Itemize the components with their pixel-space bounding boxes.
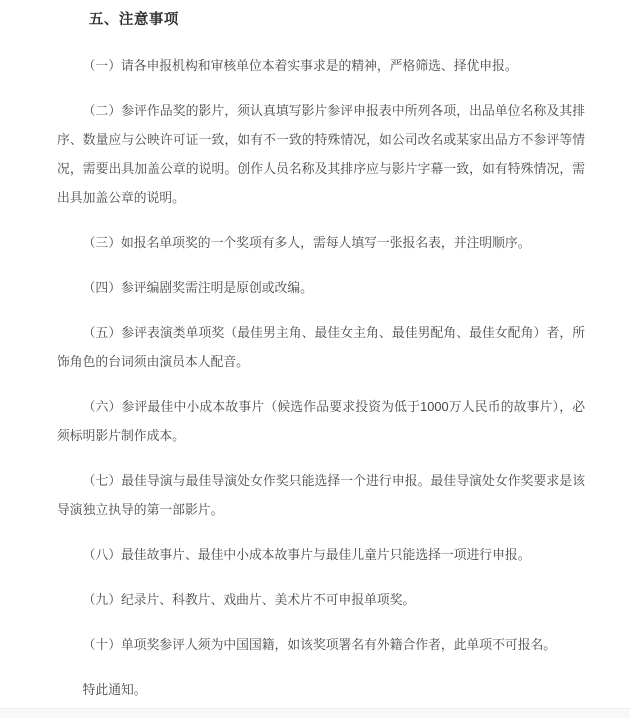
note-paragraph-3: （三）如报名单项奖的一个奖项有多人，需每人填写一张报名表，并注明顺序。 — [57, 228, 585, 257]
note-paragraph-5: （五）参评表演类单项奖（最佳男主角、最佳女主角、最佳男配角、最佳女配角）者，所饰… — [57, 318, 585, 376]
note-paragraph-7: （七）最佳导演与最佳导演处女作奖只能选择一个进行申报。最佳导演处女作奖要求是该导… — [57, 466, 585, 524]
note-paragraph-2: （二）参评作品奖的影片，须认真填写影片参评申报表中所列各项，出品单位名称及其排序… — [57, 96, 585, 212]
note-paragraph-8: （八）最佳故事片、最佳中小成本故事片与最佳儿童片只能选择一项进行申报。 — [57, 540, 585, 569]
note-paragraph-6: （六）参评最佳中小成本故事片（候选作品要求投资为低于1000万人民币的故事片），… — [57, 392, 585, 450]
note-paragraph-9: （九）纪录片、科教片、戏曲片、美术片不可申报单项奖。 — [57, 585, 585, 614]
closing-note: 特此通知。 — [57, 675, 585, 704]
section-title: 五、注意事项 — [57, 6, 585, 35]
note-paragraph-10: （十）单项奖参评人须为中国国籍，如该奖项署名有外籍合作者，此单项不可报名。 — [57, 630, 585, 659]
note-paragraph-4: （四）参评编剧奖需注明是原创或改编。 — [57, 273, 585, 302]
page-bottom-strip — [0, 708, 630, 718]
article-body: 五、注意事项 （一）请各申报机构和审核单位本着实事求是的精神，严格筛选、择优申报… — [57, 0, 585, 704]
note-paragraph-1: （一）请各申报机构和审核单位本着实事求是的精神，严格筛选、择优申报。 — [57, 51, 585, 80]
